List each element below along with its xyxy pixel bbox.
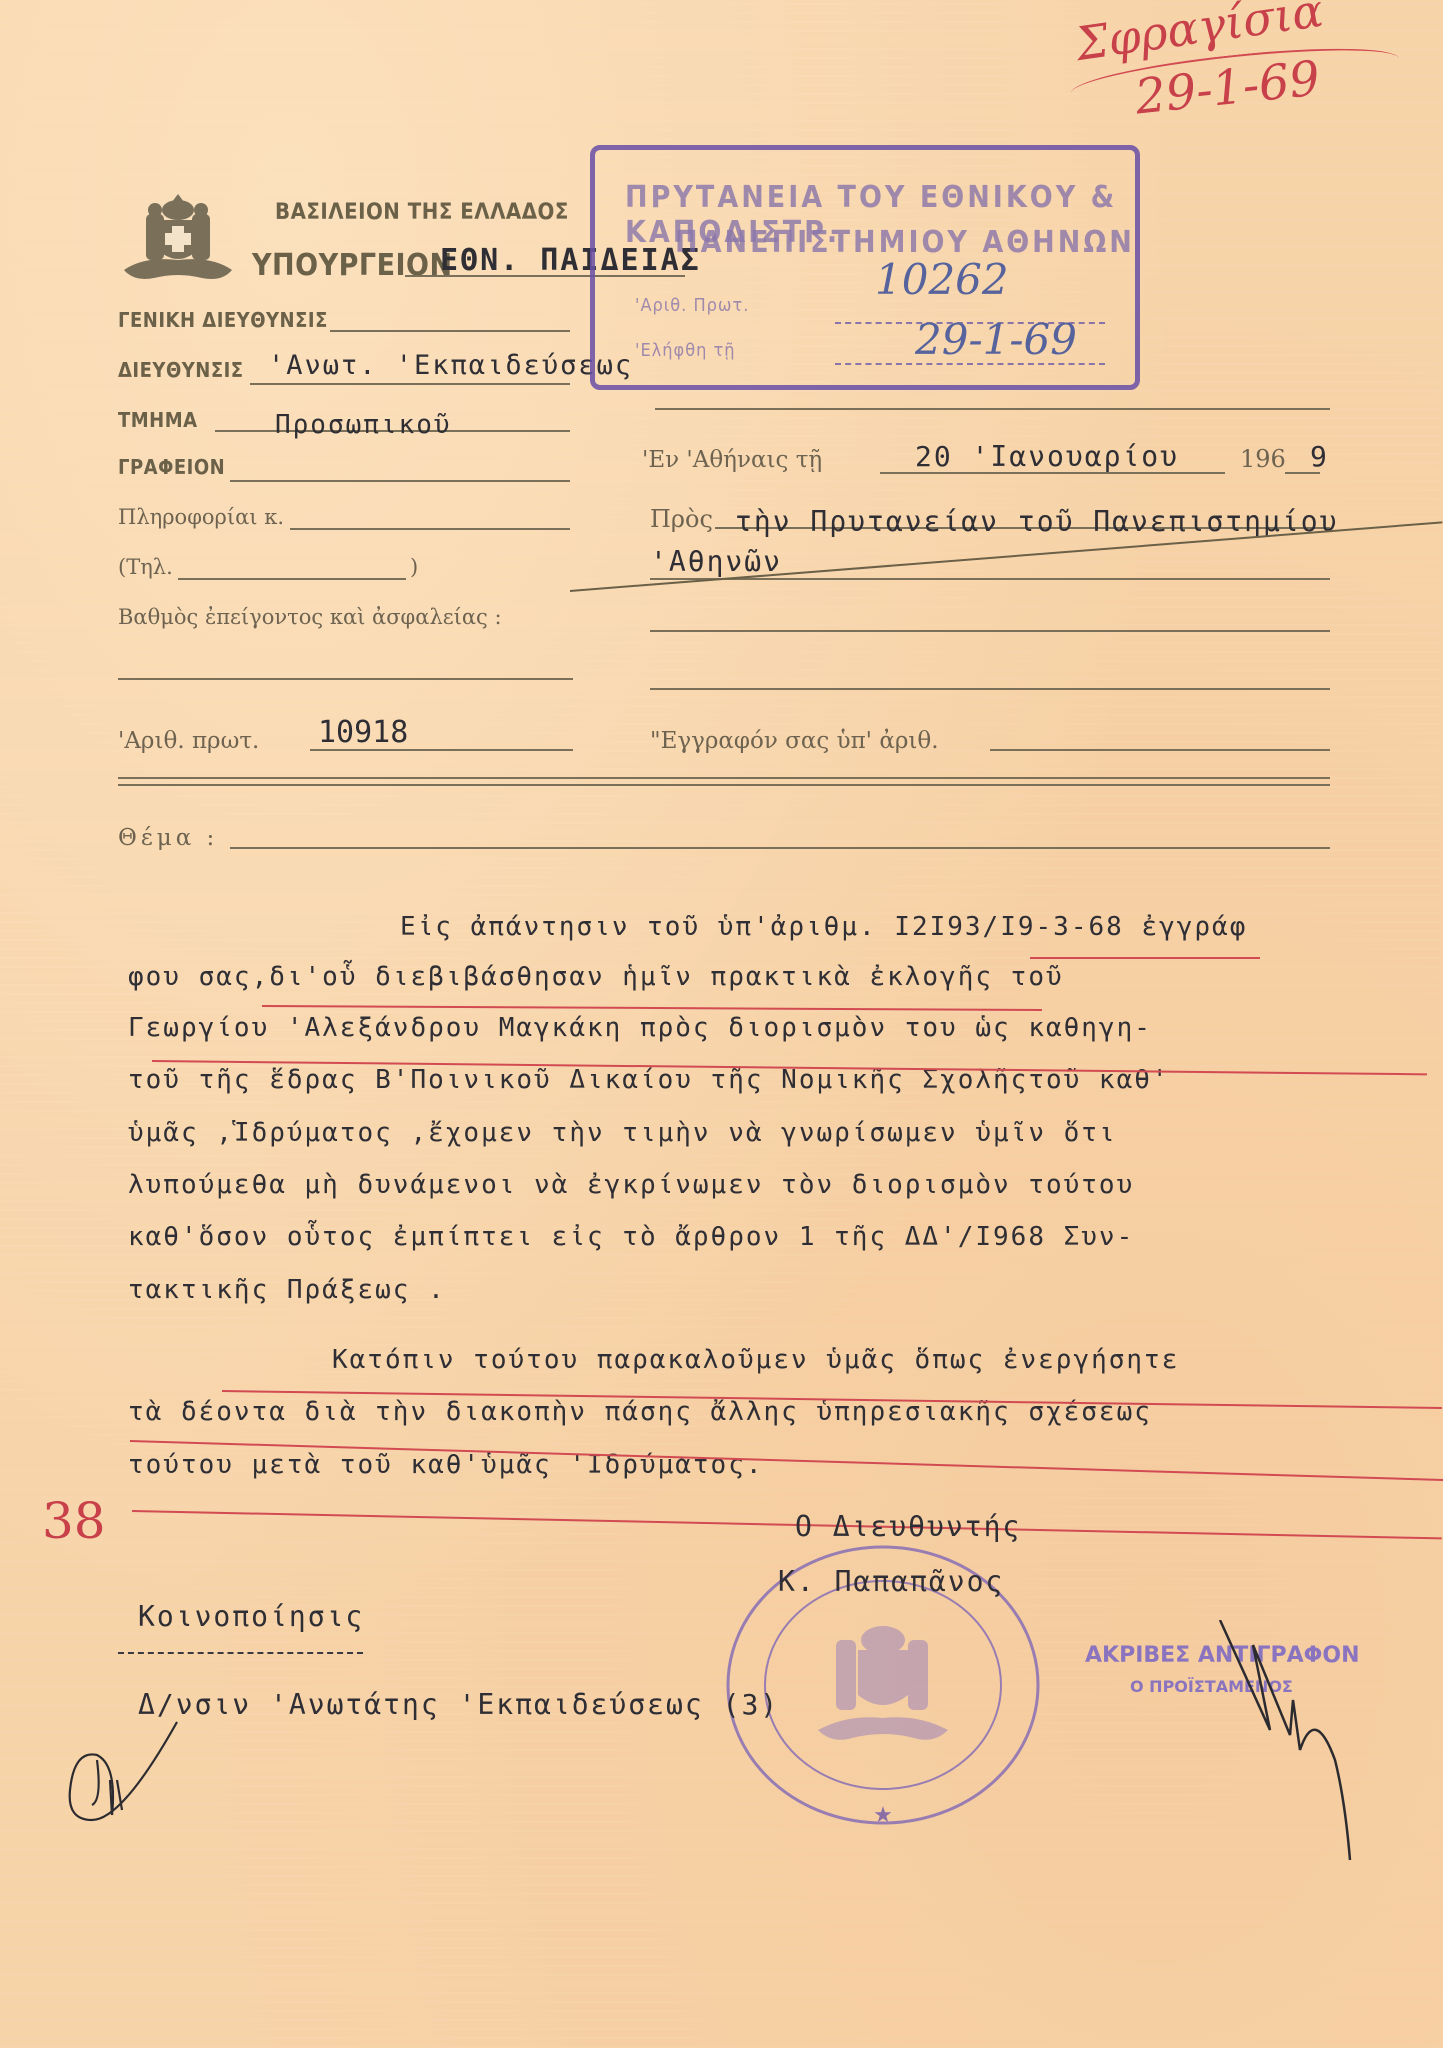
date-year-suffix: 9 [1310, 440, 1329, 473]
general-directorate-label: ΓΕΝΙΚΗ ΔΙΕΥΘΥΝΣΙΣ [118, 308, 328, 332]
subject-label: Θέμα : [118, 825, 218, 851]
body-line-9: Κατόπιν τούτου παρακαλοῦμεν ὑμᾶς ὅπως ἐν… [332, 1345, 1179, 1375]
red-underline-ref [1030, 957, 1260, 959]
place-date-label: 'Εν 'Αθήναις τῇ [642, 447, 822, 473]
section-label: ΤΜΗΜΑ [118, 408, 198, 432]
directorate-line [250, 383, 570, 385]
recipient-line2-text: 'Αθηνῶν [650, 545, 782, 578]
received-stamp: ΠΡΥΤΑΝΕΙΑ ΤΟΥ ΕΘΝΙΚΟΥ & ΚΑΠΟΔΙΣΤΡ. ΠΑΝΕΠ… [590, 145, 1140, 390]
signature-title: Ο Διευθυντής [795, 1510, 1021, 1543]
separator-double-line [118, 777, 1330, 786]
cc-line: Δ/νσιν 'Ανωτάτης 'Εκπαιδεύσεως (3) [138, 1688, 779, 1721]
protocol-label: 'Αριθ. πρωτ. [118, 728, 259, 754]
body-line-7: καθ'ὅσον οὗτος ἐμπίπτει εἰς τὸ ἄρθρον 1 … [128, 1222, 1134, 1252]
received-stamp-received-value: 29-1-69 [915, 315, 1077, 364]
date-year-prefix: 196 [1240, 445, 1286, 473]
coat-of-arms-icon [120, 190, 236, 286]
general-directorate-line [330, 330, 570, 332]
your-doc-line [990, 749, 1330, 751]
recipient-top-line [655, 408, 1330, 410]
directorate-value: 'Ανωτ. 'Εκπαιδεύσεως [268, 350, 633, 381]
info-label: Πληροφορίαι κ. [118, 505, 284, 529]
directorate-label: ΔΙΕΥΘΥΝΣΙΣ [118, 358, 244, 382]
body-line-3: Γεωργίου 'Αλεξάνδρου Μαγκάκη πρὸς διορισ… [128, 1013, 1152, 1043]
body-line-6: λυπούμεθα μὴ δυνάμενοι νὰ ἐγκρίνωμεν τὸν… [128, 1170, 1134, 1200]
pen-signature-icon [1215, 1620, 1355, 1870]
urgency-line [118, 678, 573, 680]
body-line-5: ὑμᾶς ,Ἱδρύματος ,ἔχομεν τὴν τιμὴν νὰ γνω… [128, 1118, 1117, 1148]
section-value: Προσωπικοῦ [275, 410, 452, 440]
cc-label: Κοινοποίησις [138, 1600, 364, 1633]
body-line-11: τούτου μετὰ τοῦ καθ'ὑμᾶς 'Ιδρύματος. [128, 1450, 764, 1480]
recipient-line4 [650, 688, 1330, 690]
received-stamp-protocol-value: 10262 [875, 255, 1009, 304]
info-line [290, 528, 570, 530]
your-doc-label: "Εγγραφόν σας ὑπ' ἀριθ. [650, 728, 939, 754]
phone-close: ) [410, 555, 418, 579]
initials-icon [62, 1720, 182, 1830]
recipient-line3 [650, 630, 1330, 632]
protocol-value: 10918 [318, 715, 408, 750]
svg-text:★: ★ [873, 1803, 893, 1828]
office-line [230, 480, 570, 482]
recipient-label: Πρὸς [650, 505, 713, 533]
ministry-label: ΥΠΟΥΡΓΕΙΟΝ [252, 248, 453, 283]
received-stamp-protocol-label: 'Αριθ. Πρωτ. [635, 295, 749, 316]
recipient-line1-text: τὴν Πρυτανείαν τοῦ Πανεπιστημίου [735, 505, 1338, 538]
handwritten-date: 29-1-69 [1133, 50, 1323, 125]
date-day-month: 20 'Ιανουαρίου [915, 440, 1179, 473]
body-line-8: τακτικῆς Πράξεως . [128, 1275, 446, 1305]
urgency-label: Βαθμὸς ἐπείγοντος καὶ ἀσφαλείας : [118, 605, 502, 629]
kingdom-heading: ΒΑΣΙΛΕΙΟΝ ΤΗΣ ΕΛΛΑΔΟΣ [275, 200, 569, 225]
cc-dashed-line [118, 1652, 363, 1654]
body-line-2: φου σας,δι'οὗ διεβιβάσθησαν ἡμῖν πρακτικ… [128, 962, 1064, 992]
phone-line [178, 578, 406, 580]
office-label: ΓΡΑΦΕΙΟΝ [118, 455, 225, 479]
signature-name: Κ. Παπαπᾶνος [778, 1565, 1004, 1598]
body-line-1: Εἰς ἀπάντησιν τοῦ ὑπ'ἀριθμ. I2I93/I9-3-6… [400, 912, 1247, 942]
red-underline-line2 [262, 1005, 1042, 1011]
red-underline-line11 [132, 1510, 1442, 1539]
recipient-line2 [650, 578, 1330, 580]
margin-note: 38 [42, 1492, 106, 1550]
subject-line [230, 847, 1330, 849]
received-stamp-received-label: 'Ελήφθη τῇ [635, 340, 736, 361]
phone-label: (Τηλ. [118, 555, 173, 579]
